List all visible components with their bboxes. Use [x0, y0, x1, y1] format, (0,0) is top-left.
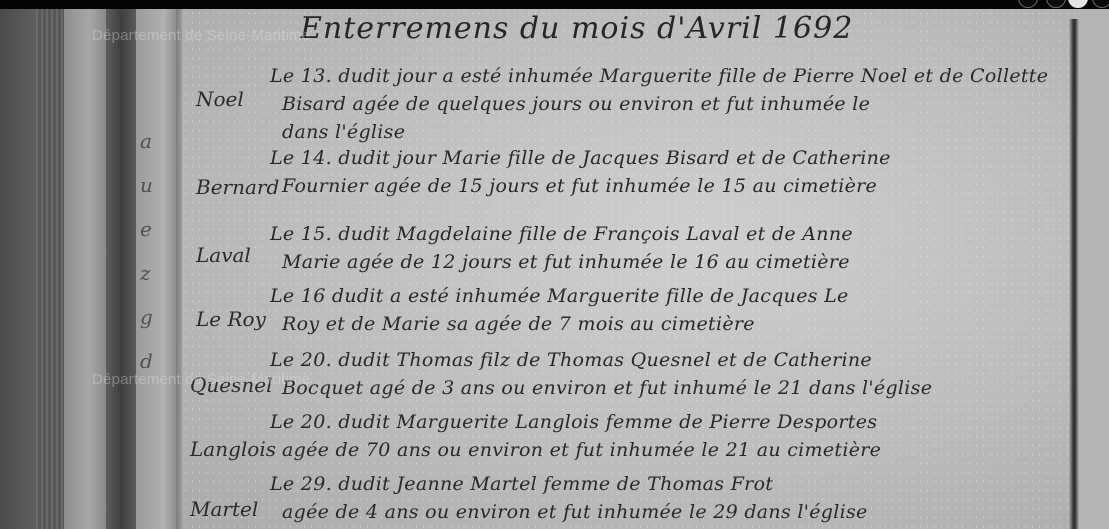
entry-line: dans l'église [282, 121, 405, 143]
entry-line: Bisard agée de quelques jours ou environ… [282, 93, 870, 115]
page-right-edge [1079, 9, 1109, 529]
entry-line: Bocquet agé de 3 ans ou environ et fut i… [282, 377, 932, 399]
viewer-control-button-active[interactable] [1068, 0, 1088, 8]
viewer-control-button[interactable] [1092, 0, 1109, 8]
margin-surname: Langlois [190, 437, 276, 461]
entry-line: Le 14. dudit jour Marie fille de Jacques… [270, 147, 891, 169]
archive-watermark: Département de Seine-Maritime [92, 371, 310, 388]
viewer-control-button[interactable] [1018, 0, 1038, 8]
spine-mark: a [140, 119, 176, 163]
spine-mark: g [140, 295, 176, 339]
spine-mark: e [140, 207, 176, 251]
book-gutter-shadow [106, 9, 136, 529]
margin-surname: Noel [196, 87, 244, 111]
document-image-viewer[interactable]: a u e z g d Département de Seine-Maritim… [0, 9, 1109, 529]
page-header: Enterremens du mois d'Avril 1692 [300, 11, 853, 46]
entry-line: Le 13. dudit jour a esté inhumée Marguer… [270, 65, 1048, 87]
margin-surname: Martel [190, 497, 258, 521]
book-page-edges [36, 9, 64, 529]
entry-line: Le 29. dudit Jeanne Martel femme de Thom… [270, 473, 773, 495]
spine-mark: u [140, 163, 176, 207]
page-fold-shadow [1069, 19, 1079, 529]
book-gutter [64, 9, 106, 529]
entry-line: Roy et de Marie sa agée de 7 mois au cim… [282, 313, 755, 335]
entry-line: agée de 70 ans ou environ et fut inhumée… [282, 439, 881, 461]
spine-marginalia: a u e z g d [140, 119, 176, 479]
viewer-toolbar [0, 0, 1109, 9]
entry-line: agée de 4 ans ou environ et fut inhumée … [282, 501, 868, 523]
margin-surname: Laval [196, 243, 251, 267]
entry-line: Le 20. dudit Thomas filz de Thomas Quesn… [270, 349, 872, 371]
archive-watermark: Département de Seine-Maritime [92, 27, 310, 44]
entry-line: Marie agée de 12 jours et fut inhumée le… [282, 251, 850, 273]
margin-surname: Bernard [196, 175, 279, 199]
viewer-control-button[interactable] [1046, 0, 1066, 8]
entry-line: Le 16 dudit a esté inhumée Marguerite fi… [270, 285, 849, 307]
margin-surname: Le Roy [196, 307, 266, 331]
entry-line: Le 20. dudit Marguerite Langlois femme d… [270, 411, 877, 433]
entry-line: Fournier agée de 15 jours et fut inhumée… [282, 175, 877, 197]
book-binding [0, 9, 36, 529]
spine-mark: z [140, 251, 176, 295]
entry-line: Le 15. dudit Magdelaine fille de Françoi… [270, 223, 853, 245]
register-page: Enterremens du mois d'Avril 1692 Noel Le… [182, 9, 1109, 529]
